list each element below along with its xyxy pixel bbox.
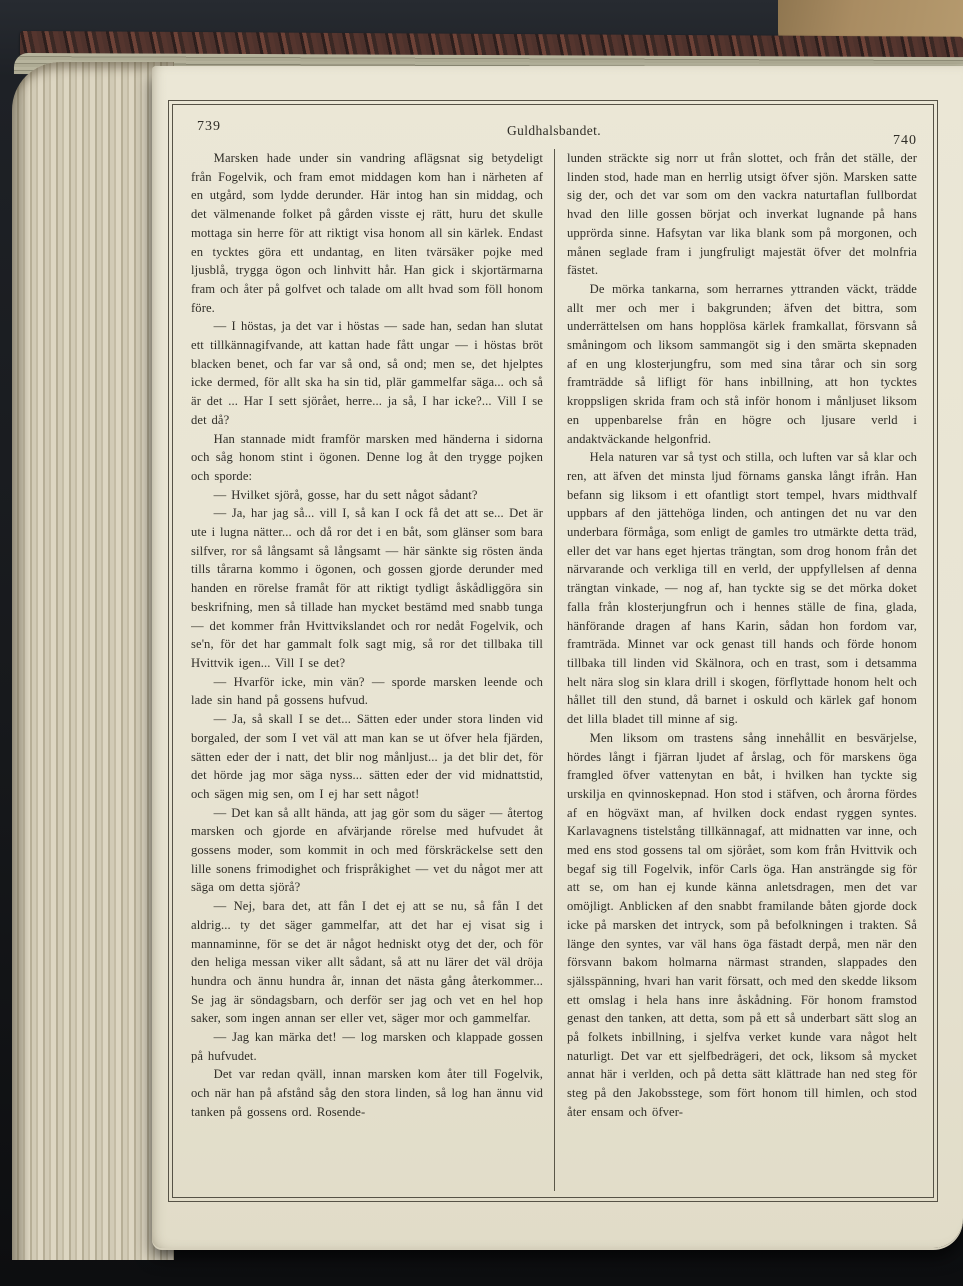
- page-header: 739 Guldhalsbandet. 740: [191, 111, 917, 149]
- book-scan: 739 Guldhalsbandet. 740 Marsken hade und…: [0, 0, 963, 1286]
- paragraph: lunden sträckte sig norr ut från slottet…: [567, 149, 917, 280]
- paragraph: — Jag kan märka det! — log marsken och k…: [191, 1028, 543, 1065]
- printed-border-frame: 739 Guldhalsbandet. 740 Marsken hade und…: [168, 100, 938, 1202]
- paragraph: Hela naturen var så tyst och stilla, och…: [567, 448, 917, 729]
- paragraph: — Hvilket sjörå, gosse, har du sett någo…: [191, 486, 543, 505]
- left-page-stack: [12, 62, 174, 1260]
- page-content: 739 Guldhalsbandet. 740 Marsken hade und…: [173, 105, 933, 1197]
- paragraph: — Det kan så allt hända, att jag gör som…: [191, 804, 543, 898]
- column-right: lunden sträckte sig norr ut från slottet…: [555, 149, 917, 1191]
- paragraph: — Ja, så skall I se det... Sätten eder u…: [191, 710, 543, 804]
- paragraph: — I höstas, ja det var i höstas — sade h…: [191, 317, 543, 429]
- paragraph: De mörka tankarna, som herrarnes yttrand…: [567, 280, 917, 448]
- text-columns: Marsken hade under sin vandring aflägsna…: [191, 149, 917, 1191]
- paragraph: — Hvarför icke, min vän? — sporde marske…: [191, 673, 543, 710]
- paragraph: Marsken hade under sin vandring aflägsna…: [191, 149, 543, 317]
- paragraph: — Nej, bara det, att fån I det ej att se…: [191, 897, 543, 1028]
- paragraph: Det var redan qväll, innan marsken kom å…: [191, 1065, 543, 1121]
- running-title: Guldhalsbandet.: [191, 123, 917, 139]
- paragraph: Han stannade midt framför marsken med hä…: [191, 430, 543, 486]
- page-number-right: 740: [893, 133, 917, 149]
- paragraph: Men liksom om trastens sång innehållit e…: [567, 729, 917, 1122]
- printed-border-inner: 739 Guldhalsbandet. 740 Marsken hade und…: [172, 104, 934, 1198]
- column-left: Marsken hade under sin vandring aflägsna…: [191, 149, 555, 1191]
- paragraph: — Ja, har jag så... vill I, så kan I ock…: [191, 504, 543, 672]
